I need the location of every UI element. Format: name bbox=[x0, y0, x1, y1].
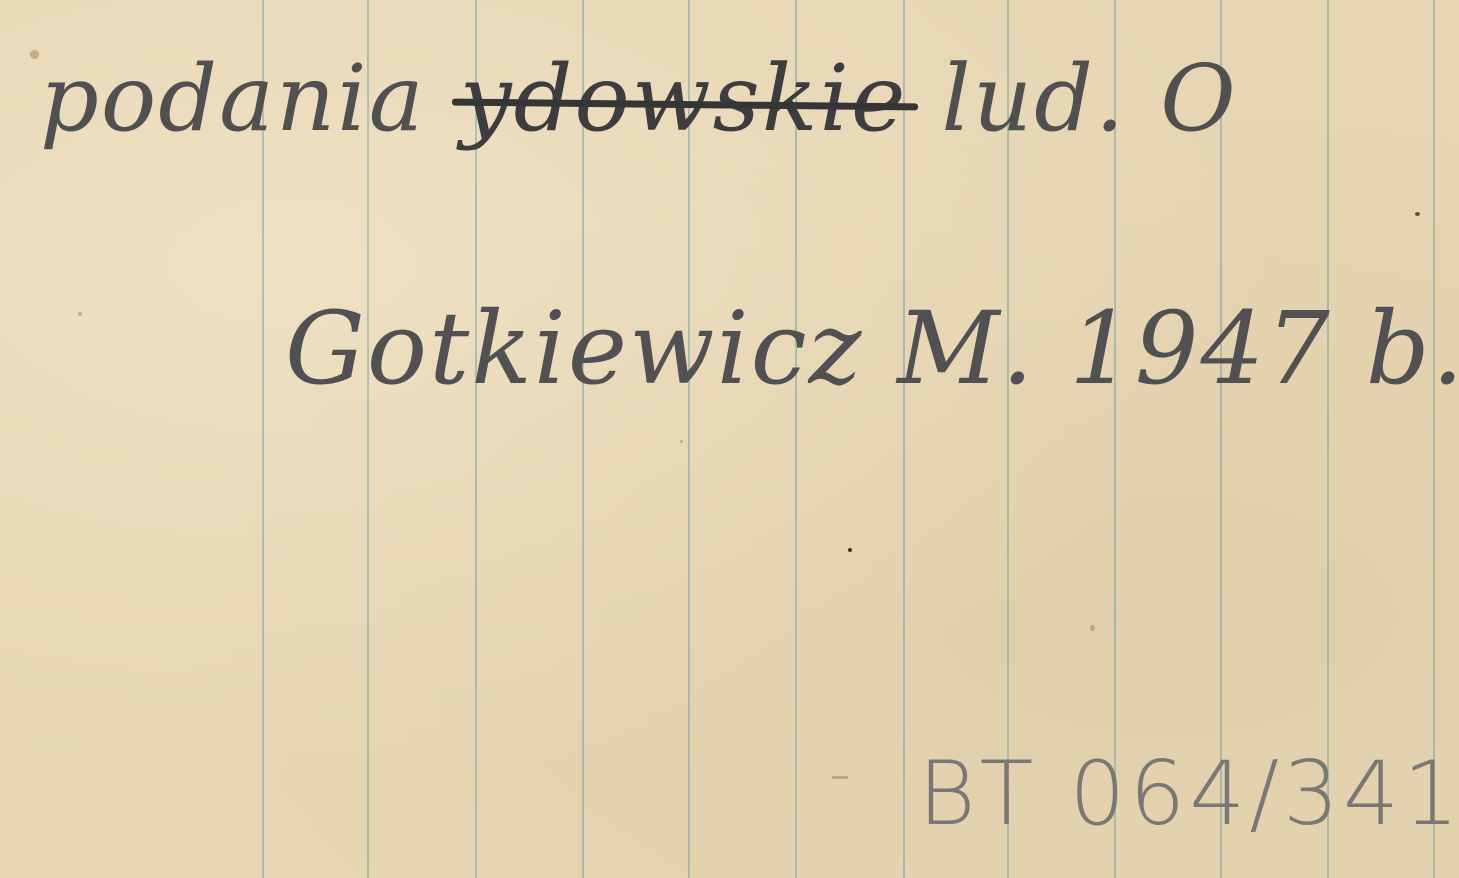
paper-speck bbox=[1415, 212, 1420, 216]
index-card: podaniaydowskielud.O Gotkiewicz M.1947b.… bbox=[0, 0, 1459, 878]
heading-word: lud. bbox=[941, 45, 1126, 152]
paper-speck bbox=[30, 50, 39, 59]
call-number: BT 064/3414 bbox=[918, 742, 1459, 845]
author-name: Gotkiewicz M. bbox=[285, 290, 1035, 407]
paper-speck bbox=[832, 776, 848, 779]
paper-speck bbox=[1090, 625, 1095, 631]
entry-year: 1947 bbox=[1069, 290, 1332, 407]
heading-word: podania bbox=[40, 45, 426, 152]
struck-out-word: ydowskie bbox=[460, 45, 908, 152]
entry-suffix: b. bbox=[1366, 290, 1459, 407]
paper-speck bbox=[848, 548, 852, 552]
entry-line: Gotkiewicz M.1947b. bbox=[285, 290, 1459, 407]
heading-letter: O bbox=[1160, 45, 1237, 152]
paper-speck bbox=[680, 440, 683, 443]
heading-line: podaniaydowskielud.O bbox=[40, 45, 1272, 152]
paper-speck bbox=[78, 312, 82, 316]
